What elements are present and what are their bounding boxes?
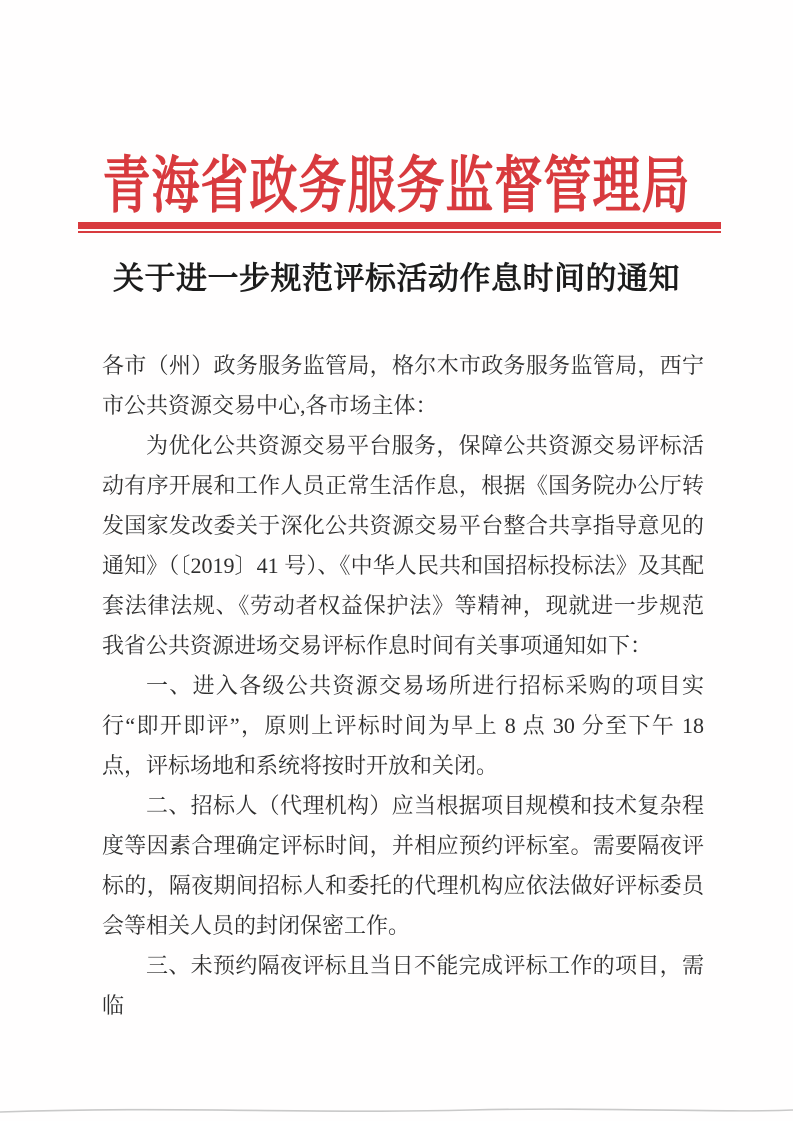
body-paragraph: 二、招标人（代理机构）应当根据项目规模和技术复杂程度等因素合理确定评标时间，并相… bbox=[102, 786, 704, 946]
red-divider bbox=[78, 222, 721, 233]
body-paragraph: 为优化公共资源交易平台服务，保障公共资源交易评标活动有序开展和工作人员正常生活作… bbox=[102, 426, 704, 666]
scanned-document-page: 青海省政务服务监督管理局 关于进一步规范评标活动作息时间的通知 各市（州）政务服… bbox=[0, 0, 793, 1121]
letterhead: 青海省政务服务监督管理局 bbox=[0, 136, 793, 205]
body-paragraph: 一、进入各级公共资源交易场所进行招标采购的项目实行“即开即评”，原则上评标时间为… bbox=[102, 666, 704, 786]
document-title: 关于进一步规范评标活动作息时间的通知 bbox=[0, 253, 793, 298]
body-paragraph: 三、未预约隔夜评标且当日不能完成评标工作的项目，需临 bbox=[102, 946, 704, 1026]
body-paragraph: 各市（州）政务服务监管局，格尔木市政务服务监管局，西宁市公共资源交易中心,各市场… bbox=[102, 346, 704, 426]
scan-edge-line bbox=[0, 1103, 793, 1119]
red-divider-thick-line bbox=[78, 222, 721, 229]
red-divider-thin-line bbox=[78, 231, 721, 233]
document-body: 各市（州）政务服务监管局，格尔木市政务服务监管局，西宁市公共资源交易中心,各市场… bbox=[102, 346, 704, 1026]
letterhead-agency-name: 青海省政务服务监督管理局 bbox=[102, 136, 690, 224]
